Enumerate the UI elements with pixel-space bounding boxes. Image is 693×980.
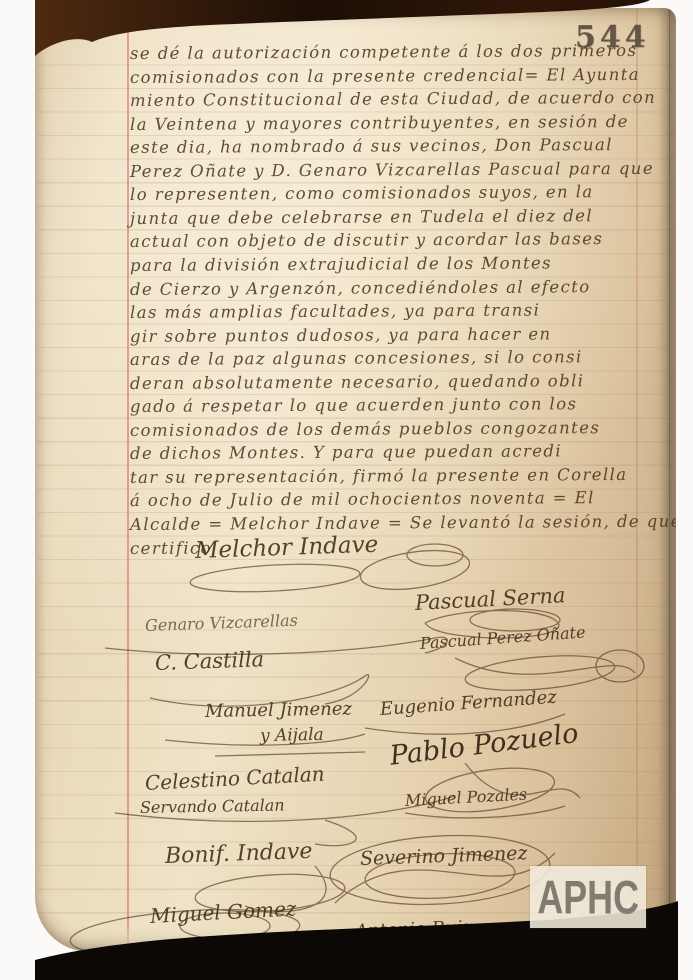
manuscript-line: á ocho de Julio de mil ochocientos noven… bbox=[130, 489, 595, 511]
signature-bonif-indave: Bonif. Indave bbox=[165, 839, 313, 869]
signature-antonio-ruiz: Antonio Ruiz bbox=[355, 917, 473, 942]
page-edge-line bbox=[669, 8, 671, 952]
manuscript-line: la Veintena y mayores contribuyentes, en… bbox=[130, 112, 629, 134]
manuscript-line: las más amplias facultades, ya para tran… bbox=[130, 301, 540, 323]
manuscript-line: se dé la autorización competente á los d… bbox=[130, 41, 637, 63]
manuscript-line: aras de la paz algunas concesiones, si l… bbox=[130, 347, 583, 369]
aphc-watermark: APHC bbox=[530, 866, 646, 928]
manuscript-line: Perez Oñate y D. Genaro Vizcarellas Pasc… bbox=[130, 159, 654, 181]
manuscript-line: deran absolutamente necesario, quedando … bbox=[130, 371, 585, 393]
manuscript-line: miento Constitucional de esta Ciudad, de… bbox=[130, 88, 656, 110]
manuscript-line: Alcalde = Melchor Indave = Se levantó la… bbox=[130, 512, 676, 534]
right-margin-line bbox=[636, 8, 638, 952]
manuscript-line: de dichos Montes. Y para que puedan acre… bbox=[130, 442, 562, 464]
signature-manuel-jimenez-line2: y Aijala bbox=[260, 725, 324, 746]
manuscript-line: comisionados con la presente credencial=… bbox=[130, 64, 640, 86]
manuscript-line: junta que debe celebrarse en Tudela el d… bbox=[130, 206, 593, 228]
manuscript-line: de Cierzo y Argenzón, concediéndoles al … bbox=[130, 277, 591, 299]
manuscript-page: 544 bbox=[35, 8, 676, 952]
red-margin-line bbox=[127, 8, 129, 952]
aphc-watermark-text: APHC bbox=[537, 869, 639, 924]
signature-c-castilla: C. Castilla bbox=[155, 647, 265, 675]
manuscript-line: gir sobre puntos dudosos, ya para hacer … bbox=[130, 324, 552, 346]
signature-manuel-jimenez: Manuel Jimenez bbox=[205, 698, 352, 722]
manuscript-line: este dia, ha nombrado á sus vecinos, Don… bbox=[130, 135, 613, 157]
page-stack-edge bbox=[658, 8, 676, 952]
manuscript-line: actual con objeto de discutir y acordar … bbox=[130, 229, 603, 251]
signature-servando-catalan: Servando Catalan bbox=[140, 795, 285, 817]
manuscript-line: gado á respetar lo que acuerden junto co… bbox=[130, 395, 577, 417]
manuscript-line: tar su representación, firmó la presente… bbox=[130, 465, 628, 487]
manuscript-line: para la división extrajudicial de los Mo… bbox=[130, 253, 552, 275]
manuscript-line: comisionados de los demás pueblos congoz… bbox=[130, 418, 600, 440]
manuscript-line: lo representen, como comisionados suyos,… bbox=[130, 182, 594, 204]
